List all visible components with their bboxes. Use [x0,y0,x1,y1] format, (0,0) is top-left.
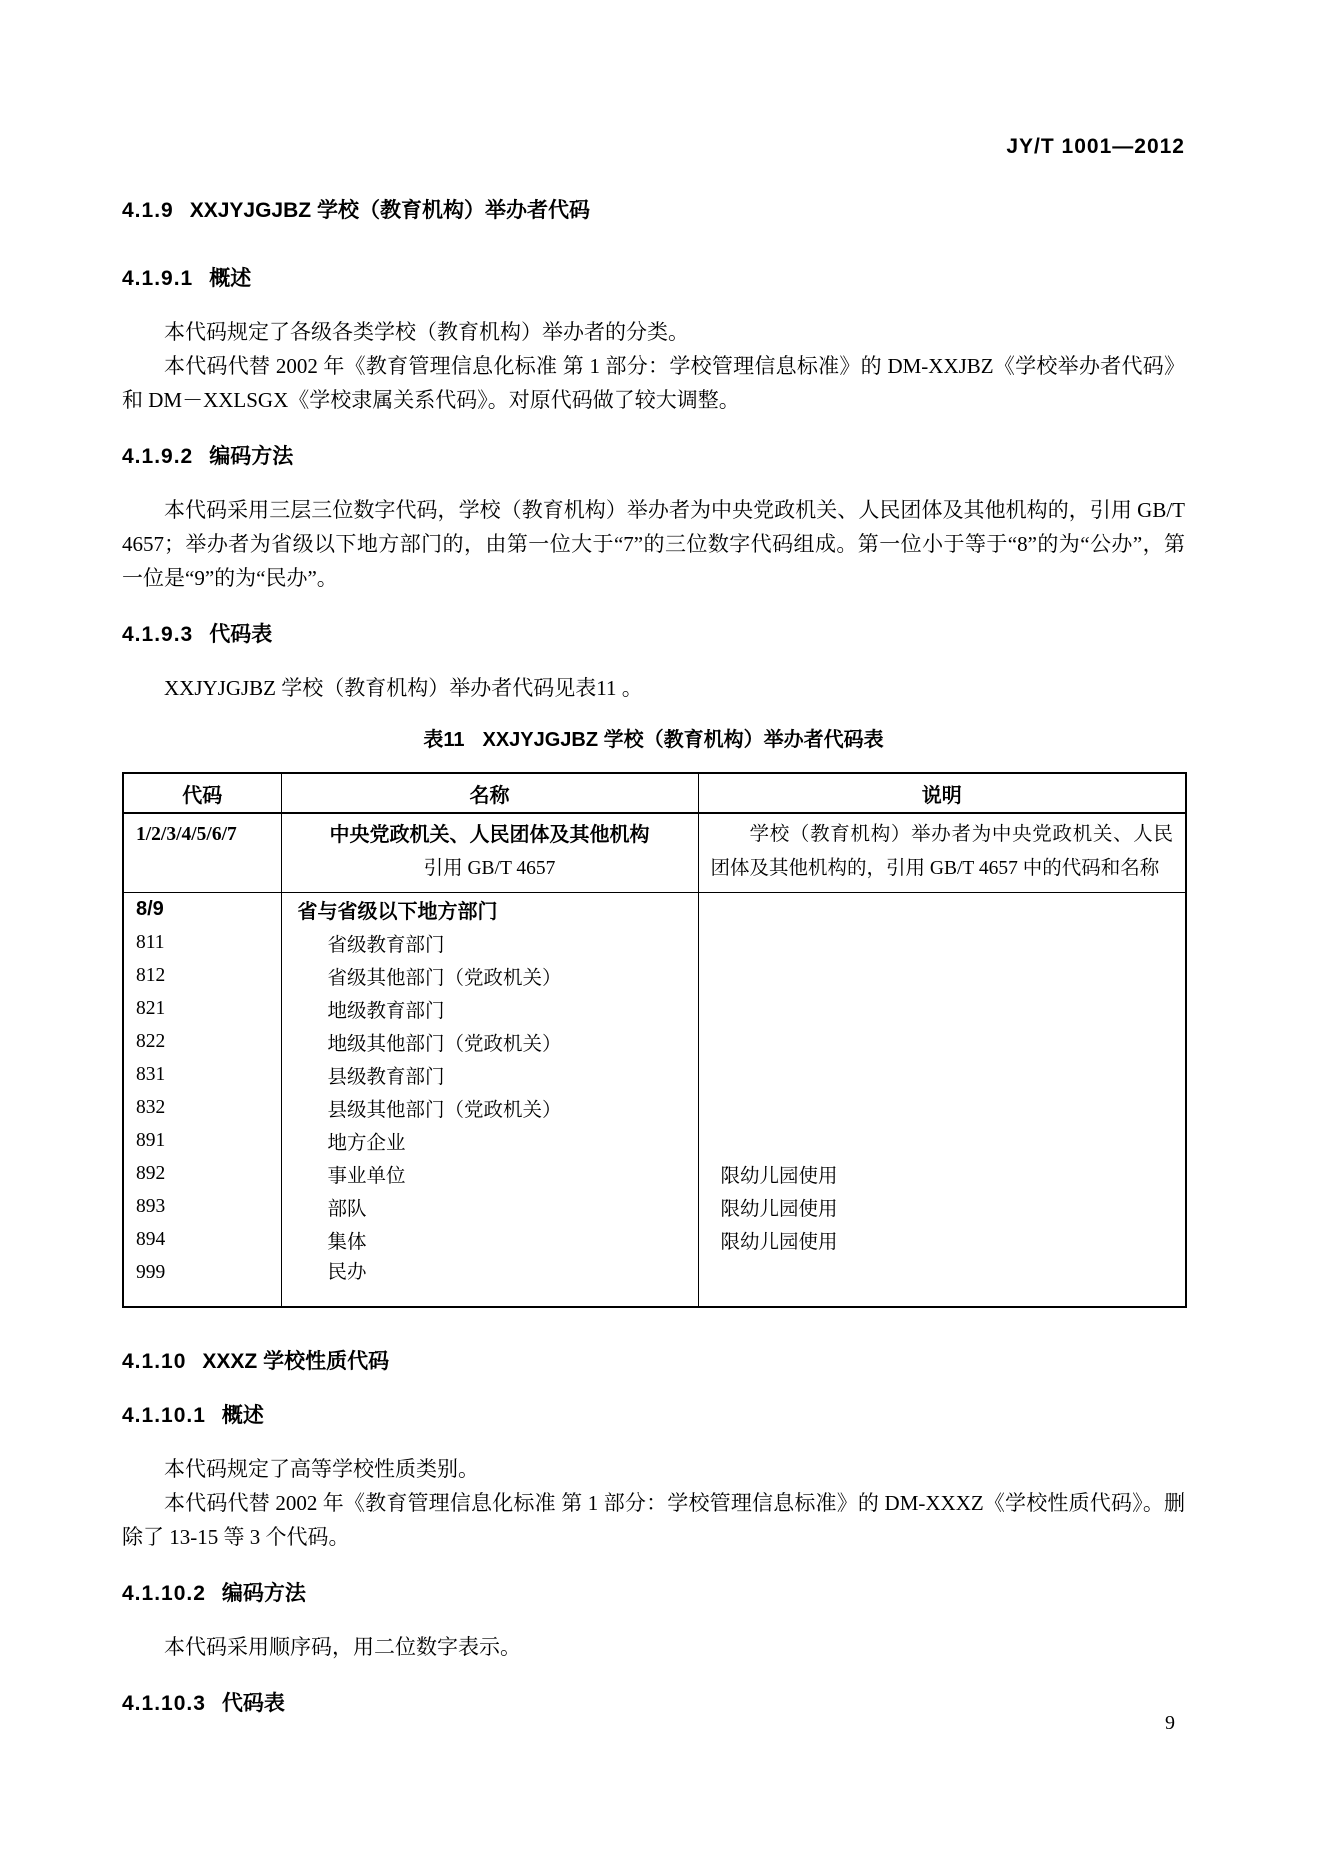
paragraph: 本代码规定了高等学校性质类别。 [122,1452,1185,1486]
paragraph: 本代码代替 2002 年《教育管理信息化标准 第 1 部分：学校管理信息标准》的… [122,349,1185,417]
name-cell: 民办 [281,1256,698,1307]
code-cell: 8/9 [123,893,281,927]
code-cell: 832 [123,1091,281,1124]
code-cell: 811 [123,926,281,959]
heading-4-1-9: 4.1.9XXJYJGJBZ 学校（教育机构）举办者代码 [122,197,1185,225]
section-4-1-10-1-body: 本代码规定了高等学校性质类别。 本代码代替 2002 年《教育管理信息化标准 第… [122,1452,1185,1554]
heading-4-1-10-3: 4.1.10.3代码表 [122,1690,1185,1718]
heading-4-1-9-1: 4.1.9.1概述 [122,265,1185,293]
heading-title: XXJYJGJBZ 学校（教育机构）举办者代码 [190,199,590,222]
note-cell [698,1124,1186,1157]
table-row: 1/2/3/4/5/6/7 中央党政机关、人民团体及其他机构 引用 GB/T 4… [123,813,1186,893]
heading-number: 4.1.10.3 [122,1692,206,1715]
name-cell: 省与省级以下地方部门 [281,893,698,927]
code-cell: 892 [123,1157,281,1190]
table-row: 812 省级其他部门（党政机关） [123,959,1186,992]
section-4-1-9-2-body: 本代码采用三层三位数字代码，学校（教育机构）举办者为中央党政机关、人民团体及其他… [122,493,1185,595]
table-row: 822 地级其他部门（党政机关） [123,1025,1186,1058]
page-number: 9 [1165,1712,1175,1735]
section-4-1-9-3-body: XXJYJGJBZ 学校（教育机构）举办者代码见表11 。 [122,671,1185,705]
table-caption: 表11XXJYJGJBZ 学校（教育机构）举办者代码表 [122,723,1185,752]
code-cell: 891 [123,1124,281,1157]
heading-number: 4.1.9 [122,199,174,222]
note-cell: 限幼儿园使用 [698,1190,1186,1223]
paragraph: XXJYJGJBZ 学校（教育机构）举办者代码见表11 。 [122,671,1185,705]
document-page: JY/T 1001—2012 4.1.9XXJYJGJBZ 学校（教育机构）举办… [0,0,1323,1871]
heading-number: 4.1.10.1 [122,1404,206,1427]
heading-title: 代码表 [209,623,272,646]
table-row: 8/9 省与省级以下地方部门 [123,893,1186,927]
heading-4-1-10-2: 4.1.10.2编码方法 [122,1580,1185,1608]
heading-title: XXXZ 学校性质代码 [202,1350,389,1373]
table-caption-label: 表11 [423,729,464,751]
table-row: 999 民办 [123,1256,1186,1307]
heading-title: 编码方法 [222,1582,306,1605]
note-cell [698,992,1186,1025]
heading-4-1-9-2: 4.1.9.2编码方法 [122,443,1185,471]
table-row: 893 部队 限幼儿园使用 [123,1190,1186,1223]
heading-number: 4.1.9.1 [122,267,193,290]
heading-title: 编码方法 [209,445,293,468]
heading-number: 4.1.9.2 [122,445,193,468]
table-row: 894 集体 限幼儿园使用 [123,1223,1186,1256]
code-cell: 999 [123,1256,281,1307]
heading-number: 4.1.10.2 [122,1582,206,1605]
code-cell: 812 [123,959,281,992]
table-row: 811 省级教育部门 [123,926,1186,959]
note-cell [698,1091,1186,1124]
note-cell [698,1256,1186,1307]
section-4-1-9-1-body: 本代码规定了各级各类学校（教育机构）举办者的分类。 本代码代替 2002 年《教… [122,315,1185,417]
column-header-name: 名称 [281,773,698,813]
note-cell [698,893,1186,927]
name-line-2: 引用 GB/T 4657 [282,852,698,886]
paragraph: 本代码规定了各级各类学校（教育机构）举办者的分类。 [122,315,1185,349]
heading-number: 4.1.9.3 [122,623,193,646]
name-cell: 地级其他部门（党政机关） [281,1025,698,1058]
note-cell: 限幼儿园使用 [698,1157,1186,1190]
code-cell: 1/2/3/4/5/6/7 [123,813,281,893]
section-4-1-10-2-body: 本代码采用顺序码，用二位数字表示。 [122,1630,1185,1664]
column-header-code: 代码 [123,773,281,813]
heading-4-1-10: 4.1.10XXXZ 学校性质代码 [122,1348,1185,1376]
name-cell: 省级其他部门（党政机关） [281,959,698,992]
table-header-row: 代码 名称 说明 [123,773,1186,813]
heading-4-1-9-3: 4.1.9.3代码表 [122,621,1185,649]
name-cell: 县级其他部门（党政机关） [281,1091,698,1124]
table-row: 821 地级教育部门 [123,992,1186,1025]
name-cell: 县级教育部门 [281,1058,698,1091]
note-cell: 限幼儿园使用 [698,1223,1186,1256]
note-cell [698,959,1186,992]
heading-title: 代码表 [222,1692,285,1715]
heading-4-1-10-1: 4.1.10.1概述 [122,1402,1185,1430]
table-row: 832 县级其他部门（党政机关） [123,1091,1186,1124]
note-cell [698,926,1186,959]
name-cell: 事业单位 [281,1157,698,1190]
name-cell: 地级教育部门 [281,992,698,1025]
code-cell: 821 [123,992,281,1025]
table-row: 831 县级教育部门 [123,1058,1186,1091]
name-line-1: 中央党政机关、人民团体及其他机构 [282,818,698,852]
table-11: 代码 名称 说明 1/2/3/4/5/6/7 中央党政机关、人民团体及其他机构 … [122,772,1187,1308]
name-cell: 省级教育部门 [281,926,698,959]
table-row: 891 地方企业 [123,1124,1186,1157]
heading-number: 4.1.10 [122,1350,186,1373]
heading-title: 概述 [209,267,251,290]
paragraph: 本代码采用顺序码，用二位数字表示。 [122,1630,1185,1664]
name-cell: 部队 [281,1190,698,1223]
table-row: 892 事业单位 限幼儿园使用 [123,1157,1186,1190]
doc-code: JY/T 1001—2012 [1006,135,1185,158]
note-cell [698,1025,1186,1058]
code-cell: 831 [123,1058,281,1091]
doc-header: JY/T 1001—2012 [122,135,1185,161]
table-caption-title: XXJYJGJBZ 学校（教育机构）举办者代码表 [482,729,883,751]
column-header-desc: 说明 [698,773,1186,813]
name-cell: 地方企业 [281,1124,698,1157]
code-cell: 893 [123,1190,281,1223]
code-cell: 822 [123,1025,281,1058]
name-cell: 集体 [281,1223,698,1256]
paragraph: 本代码代替 2002 年《教育管理信息化标准 第 1 部分：学校管理信息标准》的… [122,1486,1185,1554]
heading-title: 概述 [222,1404,264,1427]
paragraph: 本代码采用三层三位数字代码，学校（教育机构）举办者为中央党政机关、人民团体及其他… [122,493,1185,595]
name-cell: 中央党政机关、人民团体及其他机构 引用 GB/T 4657 [281,813,698,893]
desc-cell: 学校（教育机构）举办者为中央党政机关、人民团体及其他机构的，引用 GB/T 46… [698,813,1186,893]
note-cell [698,1058,1186,1091]
code-cell: 894 [123,1223,281,1256]
